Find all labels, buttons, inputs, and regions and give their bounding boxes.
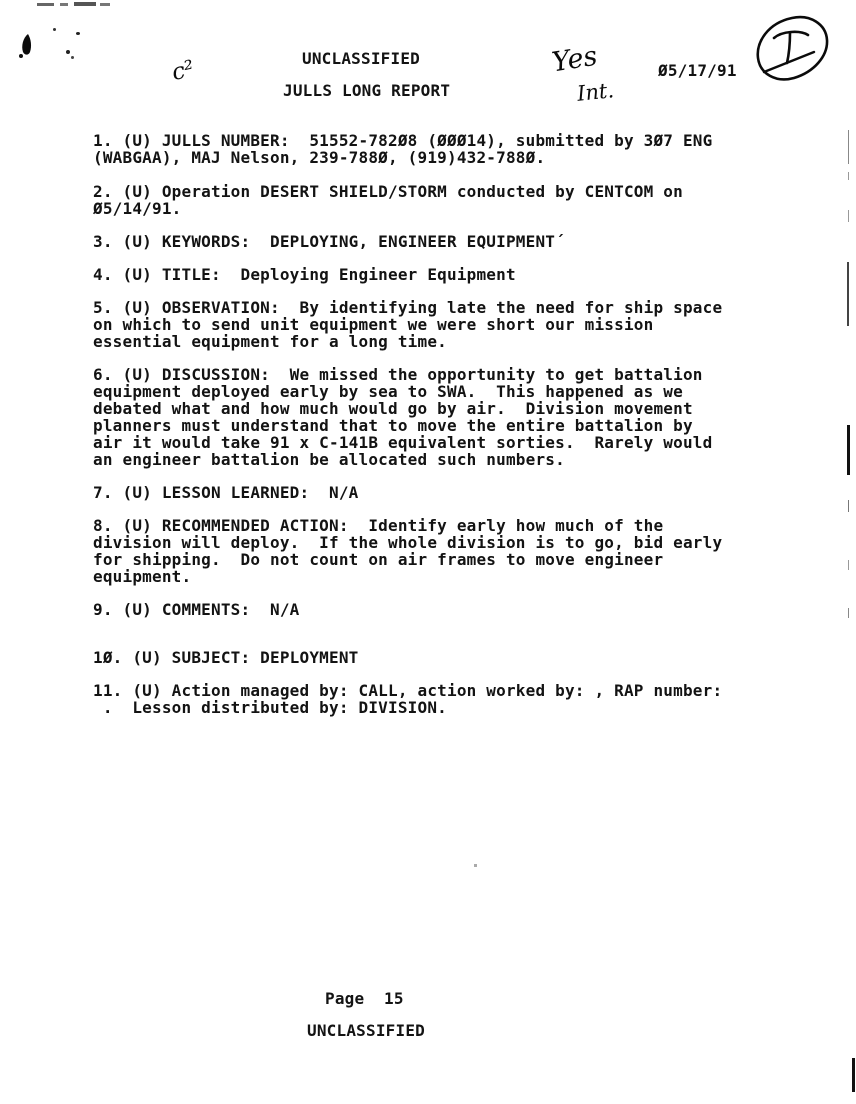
ink-dot: [71, 56, 74, 59]
report-date: Ø5/17/91: [658, 62, 737, 79]
scan-edge-line: [848, 500, 849, 512]
footer-classification: UNCLASSIFIED: [307, 1022, 425, 1039]
scan-dash: [37, 3, 54, 6]
scan-edge-line: [848, 172, 849, 180]
scan-edge-line: [848, 130, 849, 164]
scan-edge-line: [847, 425, 850, 475]
scan-edge-line: [848, 608, 849, 618]
report-item-7: 7. (U) LESSON LEARNED: N/A: [93, 484, 359, 501]
circled-letter-mark: [752, 12, 834, 90]
header-classification: UNCLASSIFIED: [302, 50, 420, 67]
report-item-1: 1. (U) JULLS NUMBER: 51552-782Ø8 (ØØØ14)…: [93, 132, 712, 166]
report-item-9: 9. (U) COMMENTS: N/A: [93, 601, 300, 618]
scan-edge-line: [852, 1058, 855, 1092]
scan-dash: [74, 2, 96, 6]
ink-dot: [76, 32, 80, 35]
scan-speck: [474, 864, 477, 867]
ink-dot: [19, 54, 23, 58]
report-item-10: 1Ø. (U) SUBJECT: DEPLOYMENT: [93, 649, 359, 666]
handwritten-int-annotation: Int.: [576, 78, 615, 106]
report-item-11: 11. (U) Action managed by: CALL, action …: [93, 682, 722, 716]
report-item-5: 5. (U) OBSERVATION: By identifying late …: [93, 299, 722, 350]
footer-page-number: Page 15: [325, 990, 404, 1007]
report-item-3: 3. (U) KEYWORDS: DEPLOYING, ENGINEER EQU…: [93, 233, 565, 250]
report-item-4: 4. (U) TITLE: Deploying Engineer Equipme…: [93, 266, 516, 283]
scan-edge-line: [848, 560, 849, 570]
scan-edge-line: [847, 262, 849, 326]
report-item-2: 2. (U) Operation DESERT SHIELD/STORM con…: [93, 183, 683, 217]
ink-dot: [66, 50, 70, 54]
scan-edge-line: [848, 210, 849, 222]
report-item-6: 6. (U) DISCUSSION: We missed the opportu…: [93, 366, 712, 468]
handwritten-yes-annotation: Yes: [550, 41, 600, 79]
report-title: JULLS LONG REPORT: [283, 82, 450, 99]
report-item-8: 8. (U) RECOMMENDED ACTION: Identify earl…: [93, 517, 722, 585]
scan-dash: [100, 3, 110, 6]
ink-dot: [53, 28, 56, 31]
handwritten-c2-annotation: c²: [170, 56, 197, 86]
scan-dash: [60, 3, 68, 6]
